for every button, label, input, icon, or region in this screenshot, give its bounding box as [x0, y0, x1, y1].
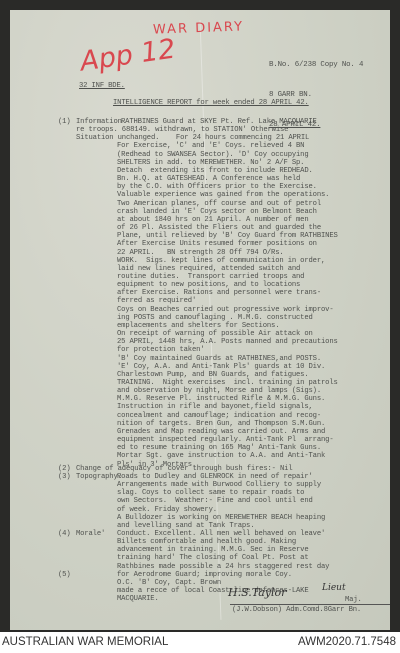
typed-line: WORK. Sigs. kept lines of communication …	[76, 257, 338, 265]
handwritten-rank: Lieut	[322, 583, 346, 593]
typed-line: ing POSTS and camouflaging . M.M.G. cons…	[76, 314, 338, 322]
typed-line: slag. Coys to collect same to repair roa…	[117, 489, 325, 497]
section-number: (4)	[58, 530, 71, 538]
typed-line: equipment to new positions, and to locat…	[76, 281, 338, 289]
typed-line: Two American planes, off course and out …	[76, 200, 338, 208]
typed-line: at about 1840 hrs on 21 April. A number …	[76, 216, 338, 224]
typed-line: Plane, until relieved by 'B' Coy Guard f…	[76, 232, 338, 240]
typed-line: 'B' Coy maintained Guards at RATHBINES,a…	[76, 355, 338, 363]
typed-line: Situation unchanged. For 24 hours commen…	[76, 134, 338, 142]
addressee: 32 INF BDE.	[79, 82, 125, 90]
typed-line: 22 APRIL. BN strength 28 Off 794 O/Rs.	[76, 249, 338, 257]
typed-line: M.M.G. Reserve Pl. instructed Rifle & M.…	[76, 395, 338, 403]
typed-line: For Exercise, 'C' and 'E' Coys. relieved…	[76, 142, 338, 150]
typed-line: On receipt of warning of possible Air at…	[76, 330, 338, 338]
section-heading: Topography.	[76, 473, 122, 481]
typed-line: Roads to Dudley and GLENROCK in need of …	[117, 473, 325, 481]
section-number: (3)	[58, 473, 71, 481]
typed-line: laid new lines required, attended switch…	[76, 265, 338, 273]
typed-line: Bn. H.Q. at GATESHEAD. A Conference was …	[76, 175, 338, 183]
typed-line: Billets comfortable and health good. Mak…	[117, 538, 329, 546]
handwritten-signature: H.S.Taylor	[228, 586, 286, 599]
signature-line	[230, 604, 390, 605]
appendix-annotation: App 12	[78, 33, 177, 77]
document-page: WAR DIARY App 12 B.No. 6/238 Copy No. 4 …	[10, 10, 390, 630]
typed-line: A Bulldozer is working on MEREWETHER BEA…	[117, 514, 325, 522]
typed-line: Coys on Beaches carried out progressive …	[76, 306, 338, 314]
typed-line: RATHBINES Guard at SKYE Pt. Ref. Lake MA…	[76, 118, 338, 126]
typed-line: SHELTERS in add. to MEREWETHER. No' 2 A/…	[76, 159, 338, 167]
typed-line: After Exercise Units resumed former posi…	[76, 240, 338, 248]
typed-line: and observation by night, Morse and lamp…	[76, 387, 338, 395]
section-body: RATHBINES Guard at SKYE Pt. Ref. Lake MA…	[76, 118, 338, 469]
typed-line: TRAINING. Night exercises incl. training…	[76, 379, 338, 387]
typed-line: advancement in training. M.M.G. Sec in R…	[117, 546, 329, 554]
section-heading: Morale'	[76, 530, 105, 538]
typed-line: 'E' Coy, A.A. and Anti-Tank Pls' guards …	[76, 363, 338, 371]
typed-line: equipment inspected regularly. Anti-Tank…	[76, 436, 338, 444]
typed-line: training hard' The closing of Coal Pt. P…	[117, 554, 329, 562]
typed-line: re troops. 688149. withdrawn, to STATION…	[76, 126, 338, 134]
section-number: (1)	[58, 118, 71, 126]
typed-line: O.C. 'B' Coy, Capt. Brown	[117, 579, 329, 587]
typed-line: nition of targets. Bren Gun, and Thompso…	[76, 420, 338, 428]
section-number: (2)	[58, 465, 71, 473]
typed-line: Mortar Sgt. gave instruction to A.A. and…	[76, 452, 338, 460]
catalogue-id: AWM2020.71.7548	[298, 636, 396, 648]
typed-line: (Redhead to SWANSEA Sector). 'D' Coy occ…	[76, 151, 338, 159]
signatory-name: (J.W.Dobson) Adm.Comd.8Garr Bn.	[232, 606, 361, 614]
section-number: (5)	[58, 571, 71, 579]
typed-line: and levelling sand at Tank Traps.	[117, 522, 325, 530]
typed-line: Conduct. Excellent. All men well behaved…	[117, 530, 329, 538]
typed-line: Rathbines made possible a 24 hrs stagger…	[117, 563, 329, 571]
typed-line: Arrangements made with Burwood Colliery …	[117, 481, 325, 489]
typed-line: routine duties. Transport carried troops…	[76, 273, 338, 281]
typed-line: ferred as required'	[76, 297, 338, 305]
typed-line: made a recce of local Coast-line defence…	[117, 587, 329, 595]
typed-rank: Maj.	[345, 596, 362, 604]
typed-line: Valuable experience was gained from the …	[76, 191, 338, 199]
typed-line: Detach extending its front to include RE…	[76, 167, 338, 175]
typed-line: of week. Friday showery.	[117, 506, 325, 514]
report-title: INTELLIGENCE REPORT for week ended 28 AP…	[113, 99, 309, 107]
institution-label: AUSTRALIAN WAR MEMORIAL	[2, 636, 168, 648]
typed-line: for protection taken'	[76, 346, 338, 354]
typed-line: crash landed in 'E' Coys sector on Belmo…	[76, 208, 338, 216]
section-body: Roads to Dudley and GLENROCK in need of …	[117, 473, 325, 530]
typed-line: 25 APRIL, 1448 hrs, A.A. Posts manned an…	[76, 338, 338, 346]
typed-line: for Aerodrome Guard; improving morale Co…	[117, 571, 329, 579]
typed-line: of 26 Pl. Assisted the Fliers out and gu…	[76, 224, 338, 232]
typed-line: Charlestown Pump, and BN Guards, and fat…	[76, 371, 338, 379]
typed-line: after Exercise. Rations and personnel we…	[76, 289, 338, 297]
typed-line: Instruction in rifle and bayonet,field s…	[76, 403, 338, 411]
typed-line: by the C.O. with Officers prior to the E…	[76, 183, 338, 191]
serial-number: B.No. 6/238 Copy No. 4	[269, 60, 363, 70]
typed-line: Grenades and Map reading was carried out…	[76, 428, 338, 436]
section-heading: Change of adequacy of cover through bush…	[76, 465, 293, 473]
typed-line: own Sectors. Weather:- Fine and cool unt…	[117, 497, 325, 505]
typed-line: ed to resume training on 165 Mag' Anti-T…	[76, 444, 338, 452]
typed-line: MACQUARIE.	[117, 595, 329, 603]
section-body: Conduct. Excellent. All men well behaved…	[117, 530, 329, 603]
typed-line: emplacements and shelters for Sections.	[76, 322, 338, 330]
typed-line: concealment and camouflage; indication a…	[76, 412, 338, 420]
